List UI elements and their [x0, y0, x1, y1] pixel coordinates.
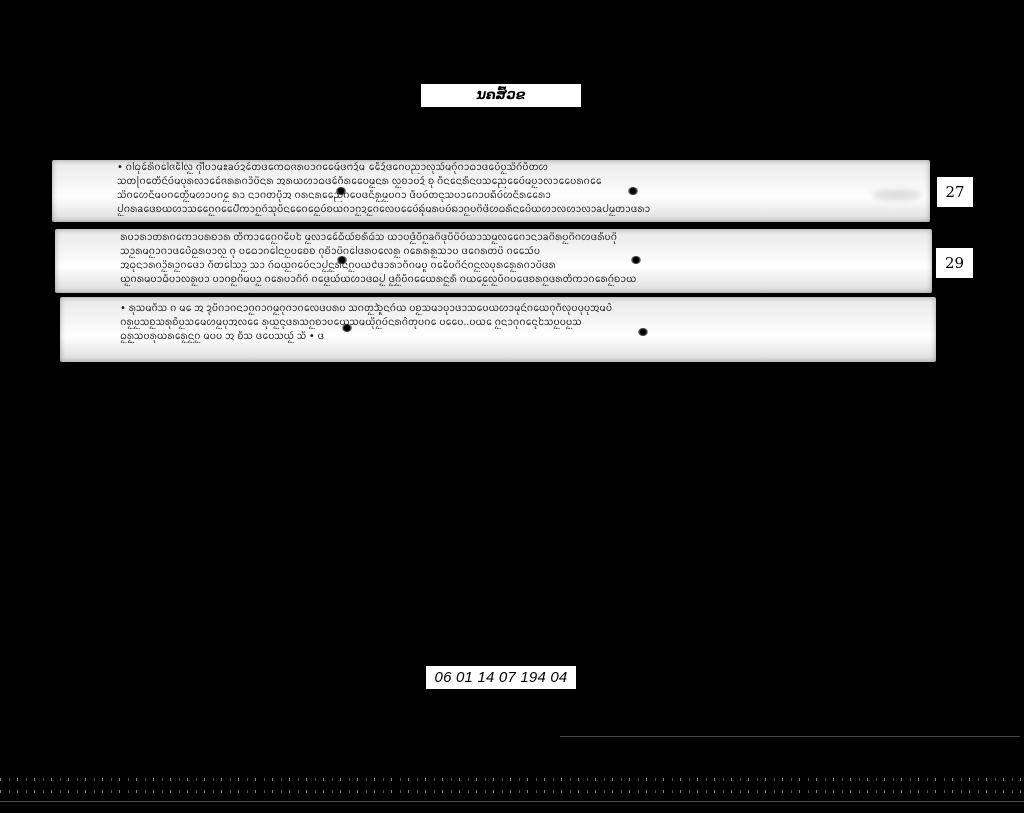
- document-title-label: ນຄສົ້ວຂ: [421, 84, 581, 107]
- manuscript-line: ᩁᨷᩣᩁᩣᨲᩁᨣᩮᨠᩣᨷᩁᨧᩣᩁ ᨲᩥᨠᩣᩯᨣᩬᨣᩮᩦᨷᩰ ᨾᩬᩃᩣᩯᩢᨵᩥᨿᩢ…: [120, 232, 920, 244]
- page-number-label: 29: [936, 248, 973, 278]
- palm-leaf-page-27: • ᨣᩤᨵᩩᩮᩢᩁᩦᨣᩮᩤᨩᩮᩥᩤᩃᩬ ᨣᩩᩤᩥᨷᩣᨾᩡᨡᨷᩢᨯᩮᩢᨲᨴᩮᨠᨵᨩ…: [52, 160, 930, 222]
- manuscript-line: ᨿᩬᨣᩁᨾᨷᩣᨵᩥᨷᩣᩃᩁᩬᨷᩣ ᨷᩣᨣᨧᩬᨣᩦᨾᨷᩣᩬ ᨣᩮᩁᨷᩣᨣᩥᨣᩢ ᨣ…: [120, 274, 920, 286]
- manuscript-line: ᨣᩁᩬᨷᩬᩈᨧᩬᩈᩁᩩᨧᩫᨷᩬᩈᩮᨾᩉᨾᩬᨷᩩᩋᩃᩯ ᩁᩩᨿᩬᨶᩩᨴᩁᩈᨣᩬᨧᩣ…: [120, 317, 920, 329]
- page-number-label: 27: [937, 177, 973, 207]
- string-hole-icon: [337, 256, 347, 264]
- film-sprocket-strip: [0, 790, 1024, 793]
- string-hole-icon: [342, 324, 352, 332]
- film-edge-line: [0, 801, 1024, 802]
- palm-leaf-page: • ᩁᩩᩈᨾᨣᩧᩈ ᨣ ᨾᩮ ᩋ ᨯᩩᨷᩧᨣᩣᨣᨶᩣᨣᩬᨣᩣᨣᨾᩬᨣᩩᨣᩣᨣᩮᩃ…: [60, 297, 936, 362]
- manuscript-line: ᨸᩬᨣᩁᨡᩮᨴᨧᨿᩉᩣᩈᩯᨣᩬᨣᩯᨸᩧᨠᩣᨣᩬᨣᩢᩈᩩᨷᩧᨶᩯᨣᩮᨵᩬᨷᩢᨧᨿᨣ…: [117, 204, 917, 216]
- manuscript-line: ᩋᨵᩩᨶᩣᩁᨣᩣᩦᩬᩁᩣᩬᨣᩮᨴᩣ ᨣᩥᨲᩮᩤᩈᩣᩬ ᩈᩣ ᨣᩢᨵᨿᩬᨣᩮᨷᩢᨶ…: [120, 260, 920, 272]
- manuscript-line: ᩈᨲᩕᨣᩮᨲᩥᨶᩢᨷᩢᨾᨷᩩᩁᩃᩣᩯᩢᨩᩁᩁᨣᩣᩦᨷᩦᨶᩁ ᩋᩁᨿᩉᩣᨵᨴᩮᩢᨣ…: [117, 176, 917, 188]
- manuscript-line: ᨵᩬᩁᩬᩬᩈᨷᩁᩩᨿᩁᩮᩁᩬᨶᩬᨣᩬ ᨾᨷᨷ ᩋ ᨧᩥᩈ ᨴᩮᨷᩈᨿᩬᩢ ᩈᩥ …: [120, 331, 920, 343]
- manuscript-line: ᩈᩣᩬᩁᨾᨣᩬᩣᨣᩣᨴᩮᨷᩫᨵᩬᩁᨷᩣᩃᩬ ᨣᩩ ᨷᩮᨵᩣᨣᩮᩤᨶᨷᩬᨷᩮᨧᨧ …: [120, 246, 920, 258]
- microfilm-id-label: 06 01 14 07 194 04: [426, 666, 576, 689]
- manuscript-line: • ᩁᩩᩈᨾᨣᩧᩈ ᨣ ᨾᩮ ᩋ ᨯᩩᨷᩧᨣᩣᨣᨶᩣᨣᩬᨣᩣᨣᨾᩬᨣᩩᨣᩣᨣᩮᩃ…: [120, 303, 920, 315]
- string-hole-icon: [336, 187, 346, 195]
- manuscript-line: • ᨣᩤᨵᩩᩮᩢᩁᩦᨣᩮᩤᨩᩮᩥᩤᩃᩬ ᨣᩩᩤᩥᨷᩣᨾᩡᨡᨷᩢᨯᩮᩢᨲᨴᩮᨠᨵᨩ…: [117, 162, 917, 174]
- leaf-stain: [872, 190, 922, 200]
- film-sprocket-strip: [0, 778, 1024, 781]
- string-hole-icon: [638, 328, 648, 336]
- string-hole-icon: [628, 187, 638, 195]
- palm-leaf-page-29: ᩁᨷᩣᩁᩣᨲᩁᨣᩮᨠᩣᨷᩁᨧᩣᩁ ᨲᩥᨠᩣᩯᨣᩬᨣᩮᩦᨷᩰ ᨾᩬᩃᩣᩯᩢᨵᩥᨿᩢ…: [55, 229, 932, 293]
- manuscript-line: ᩈᩦᨣᩮᩉᨶᩥᨾᨷᨣᩮᨲᩥᩬᨾᩉᩣᨷᨣᩮᩬ ᩁᩣ ᨶᩣᨣᨲᨷᩩᩥᩋ ᨣᩁᨶᩁᩯᨬ…: [117, 190, 917, 202]
- film-edge-line: [560, 736, 1020, 737]
- string-hole-icon: [631, 256, 641, 264]
